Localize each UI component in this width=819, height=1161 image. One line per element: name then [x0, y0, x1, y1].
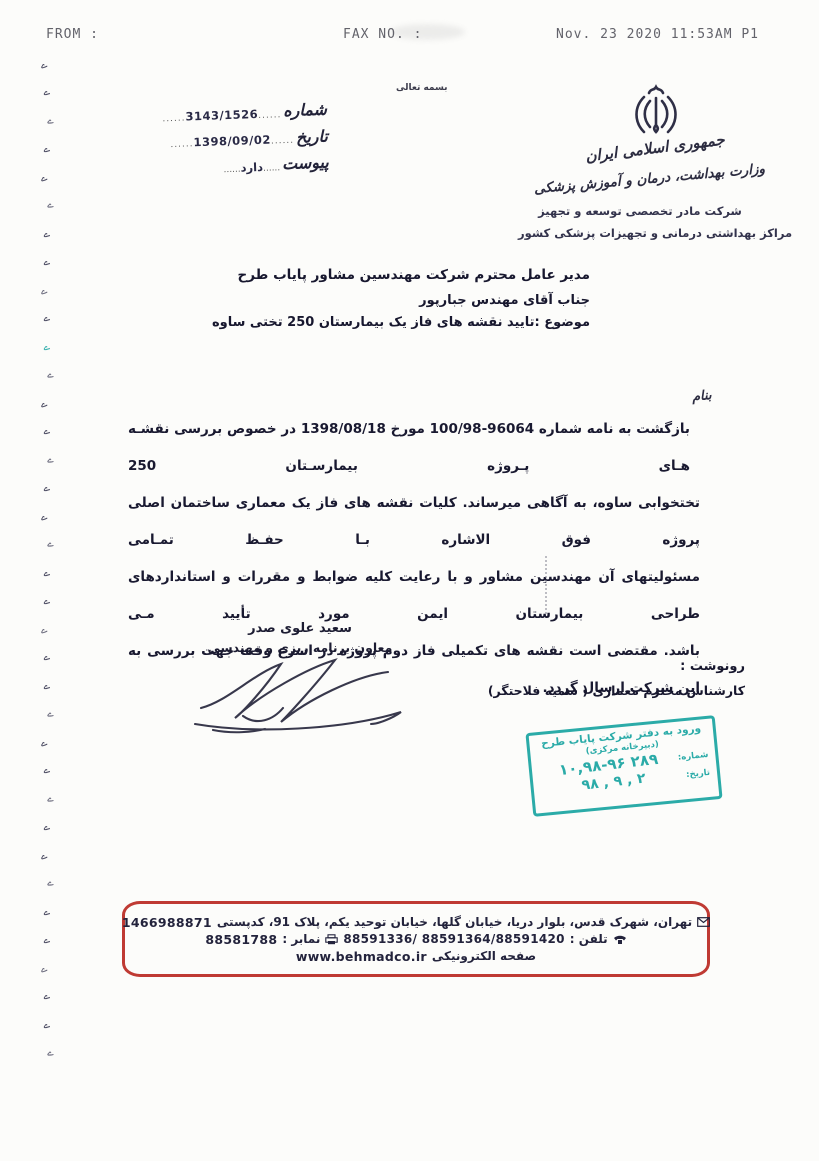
fax-label: نمابر :: [282, 932, 320, 946]
body-line: تختخوابی ساوه، به آگاهی میرساند. کلیات ن…: [128, 485, 700, 559]
subject-line: موضوع :تایید نقشه های فاز یک بیمارستان 2…: [170, 315, 590, 330]
binding-mark: ے: [46, 877, 54, 889]
postal-code: 1466988871: [122, 915, 212, 930]
ref-attachment-row: پیوست دارد: [133, 154, 329, 178]
recipient-block: مدیر عامل محترم شرکت مهندسین مشاور پایاب…: [170, 267, 590, 330]
binding-mark: ے: [42, 990, 51, 1002]
cc-label: رونوشت :: [488, 659, 745, 674]
binding-mark: ے: [42, 255, 51, 267]
binding-mark: ے: [38, 171, 48, 184]
binding-mark: ے: [38, 849, 48, 862]
ref-number-value: 3143/1526: [162, 106, 281, 124]
recipient-line1: مدیر عامل محترم شرکت مهندسین مشاور پایاب…: [170, 267, 590, 283]
stamp-date-label: تاریخ:: [686, 768, 711, 780]
margin-marks: ےےےےےےےےےےےےےےےےےےےےےےےےےےےےےےےےےےےے: [28, 58, 64, 1058]
binding-mark: ے: [42, 142, 51, 154]
binding-mark: ے: [38, 623, 48, 636]
ref-date-row: تاریخ 1398/09/02: [132, 127, 328, 151]
binding-mark: ے: [42, 86, 51, 98]
binding-mark: ے: [42, 764, 51, 776]
body-line: بازگشت به نامه شماره 96064-100/98 مورخ 1…: [128, 411, 700, 485]
binding-mark: ے: [46, 1046, 54, 1058]
binding-mark: ے: [42, 340, 51, 352]
ref-number-label: شماره: [283, 101, 327, 120]
binding-mark: ے: [42, 905, 51, 917]
ref-number-row: شماره 3143/1526: [131, 101, 327, 125]
ref-date-value: 1398/09/02: [170, 132, 294, 150]
binding-mark: ے: [38, 510, 48, 523]
fax-timestamp: Nov. 23 2020 11:53AM P1: [556, 27, 759, 42]
binding-mark: ے: [42, 679, 51, 691]
website-line: صفحه الکترونیکی www.behmadco.ir: [296, 949, 536, 964]
website-url: www.behmadco.ir: [296, 949, 427, 964]
ref-attachment-value: دارد: [223, 159, 280, 175]
address-text: تهران، شهرک قدس، بلوار دریا، خیابان گلها…: [217, 915, 692, 929]
binding-mark: ے: [42, 566, 51, 578]
cc-recipient: کارشناس محترم معماری ( سمیه فلاحتگر): [488, 683, 745, 698]
binding-mark: ے: [42, 481, 51, 493]
binding-mark: ے: [46, 538, 54, 550]
fax-number: 88581788: [205, 932, 277, 947]
binding-mark: ے: [38, 962, 48, 975]
phone-fax-line: تلفن : 88591336/ 88591364/88591420 نمابر…: [205, 932, 626, 947]
iran-emblem-icon: [630, 84, 682, 142]
letterhead-company-line1: شرکت مادر تخصصی توسعه و تجهیز: [530, 204, 750, 218]
envelope-icon: [697, 917, 710, 927]
address-line: تهران، شهرک قدس، بلوار دریا، خیابان گلها…: [122, 915, 710, 930]
phone-label: تلفن :: [570, 932, 608, 946]
binding-mark: ے: [46, 368, 54, 380]
website-label: صفحه الکترونیکی: [432, 949, 536, 963]
binding-mark: ے: [42, 651, 51, 663]
binding-mark: ے: [42, 425, 51, 437]
bismillah-text: بسمه تعالی: [396, 83, 448, 93]
ref-date-label: تاریخ: [296, 127, 328, 146]
binding-mark: ے: [46, 114, 54, 126]
ref-block: شماره 3143/1526 تاریخ 1398/09/02 پیوست د…: [131, 101, 330, 188]
fax-document-page: FROM : FAX NO. : Nov. 23 2020 11:53AM P1…: [0, 0, 819, 1161]
binding-mark: ے: [38, 397, 48, 410]
fax-from-label: FROM :: [46, 27, 99, 42]
footer-address-box: تهران، شهرک قدس، بلوار دریا، خیابان گلها…: [122, 901, 710, 977]
signatory-name: سعید علوی صدر: [210, 621, 390, 636]
binding-mark: ے: [38, 736, 48, 749]
binding-mark: ے: [46, 199, 54, 211]
fax-icon: [325, 934, 338, 945]
binding-mark: ے: [38, 58, 48, 71]
binding-mark: ے: [46, 453, 54, 465]
binding-mark: ے: [46, 792, 54, 804]
phone-numbers: 88591336/ 88591364/88591420: [343, 932, 564, 946]
stamp-number-label: شماره:: [677, 750, 708, 763]
recipient-line2: جناب آقای مهندس جبارپور: [170, 293, 590, 308]
binding-mark: ے: [42, 933, 51, 945]
binding-mark: ے: [42, 1018, 51, 1030]
letterhead-ministry: وزارت بهداشت، درمان و آموزش پزشکی: [532, 161, 768, 197]
cc-block: رونوشت : کارشناس محترم معماری ( سمیه فلا…: [488, 659, 745, 698]
ref-attachment-label: پیوست: [282, 154, 329, 173]
scan-artifact: [545, 556, 547, 614]
binding-mark: ے: [42, 594, 51, 606]
binding-mark: ے: [46, 707, 54, 719]
binding-mark: ے: [42, 820, 51, 832]
receipt-stamp: ورود به دفتر شرکت پایاب طرح (دبیرخانه مر…: [525, 715, 722, 817]
binding-mark: ے: [42, 227, 51, 239]
phone-icon: [613, 934, 627, 945]
binding-mark: ے: [38, 284, 48, 297]
signature-icon: [183, 646, 413, 741]
fax-number-label: FAX NO. :: [343, 27, 422, 42]
handwritten-note: بنام: [691, 388, 712, 405]
letterhead-company-line2: مراکز بهداشتی درمانی و تجهیزات پزشکی کشو…: [518, 226, 768, 240]
binding-mark: ے: [42, 312, 51, 324]
